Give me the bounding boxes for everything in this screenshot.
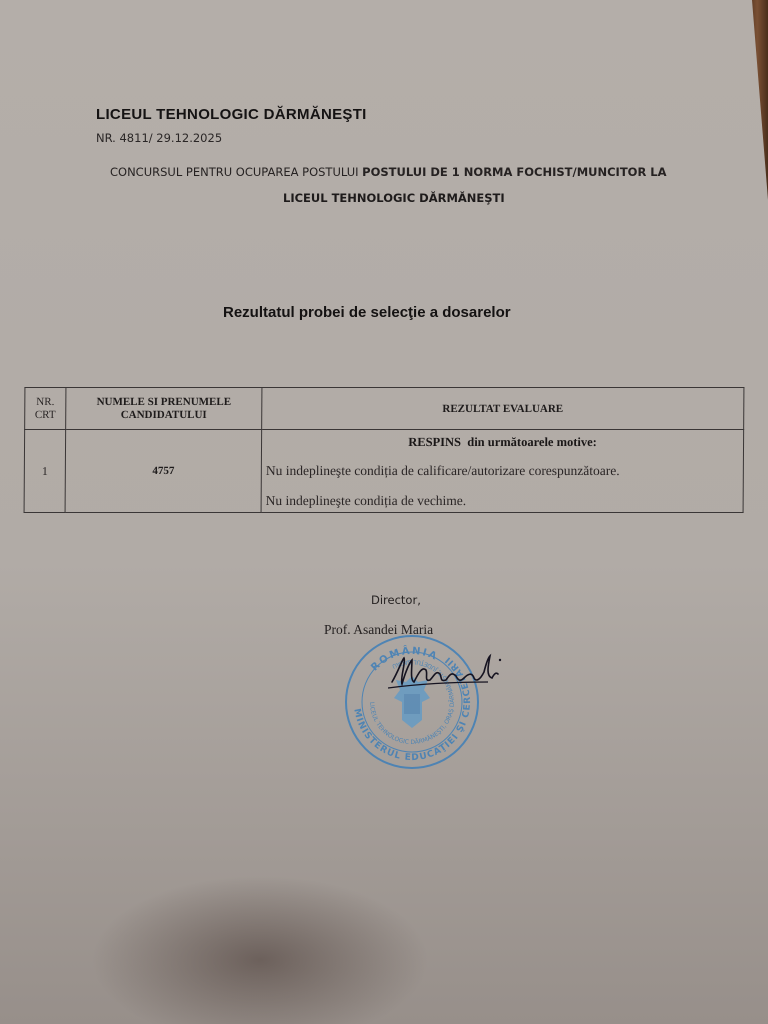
signatory-role: Director, xyxy=(371,593,421,607)
row-candidate: 4757 xyxy=(65,430,262,513)
document-page: LICEUL TEHNOLOGIC DĂRMĂNEŞTI NR. 4811/ 2… xyxy=(0,0,768,1024)
table-header-row: NR. CRT NUMELE SI PRENUMELE CANDIDATULUI… xyxy=(25,388,744,430)
signature xyxy=(388,652,508,698)
institution-name: LICEUL TEHNOLOGIC DĂRMĂNEŞTI xyxy=(96,106,367,123)
header-nr-line2: CRT xyxy=(25,409,65,422)
contest-position: POSTULUI DE 1 NORMA FOCHIST/MUNCITOR LA xyxy=(362,165,666,179)
verdict-status: RESPINS xyxy=(408,435,461,449)
document-title: Rezultatul probei de selecţie a dosarelo… xyxy=(223,304,511,321)
header-nr-crt: NR. CRT xyxy=(25,388,66,430)
verdict-suffix: din următoarele motive: xyxy=(461,435,597,449)
header-candidate-name: NUMELE SI PRENUMELE CANDIDATULUI xyxy=(66,388,262,430)
reason-1: Nu indeplineşte condiția de calificare/a… xyxy=(262,463,743,479)
header-name-line1: NUMELE SI PRENUMELE xyxy=(66,396,261,409)
row-nr: 1 xyxy=(24,430,66,513)
table-row: 1 4757 RESPINS din următoarele motive: N… xyxy=(24,430,744,513)
contest-heading-line1: CONCURSUL PENTRU OCUPAREA POSTULUI POSTU… xyxy=(110,165,667,179)
verdict: RESPINS din următoarele motive: xyxy=(262,435,743,450)
registration-number: NR. 4811/ 29.12.2025 xyxy=(96,131,222,145)
reason-2: Nu indeplineşte condiția de vechime. xyxy=(262,493,743,509)
header-result: REZULTAT EVALUARE xyxy=(262,388,744,430)
results-table: NR. CRT NUMELE SI PRENUMELE CANDIDATULUI… xyxy=(24,387,745,513)
row-result: RESPINS din următoarele motive: Nu indep… xyxy=(261,430,744,513)
contest-heading-line2: LICEUL TEHNOLOGIC DĂRMĂNEŞTI xyxy=(283,191,505,205)
header-nr-line1: NR. xyxy=(25,396,65,409)
contest-prefix: CONCURSUL PENTRU OCUPAREA POSTULUI xyxy=(110,165,362,179)
header-name-line2: CANDIDATULUI xyxy=(66,409,261,422)
